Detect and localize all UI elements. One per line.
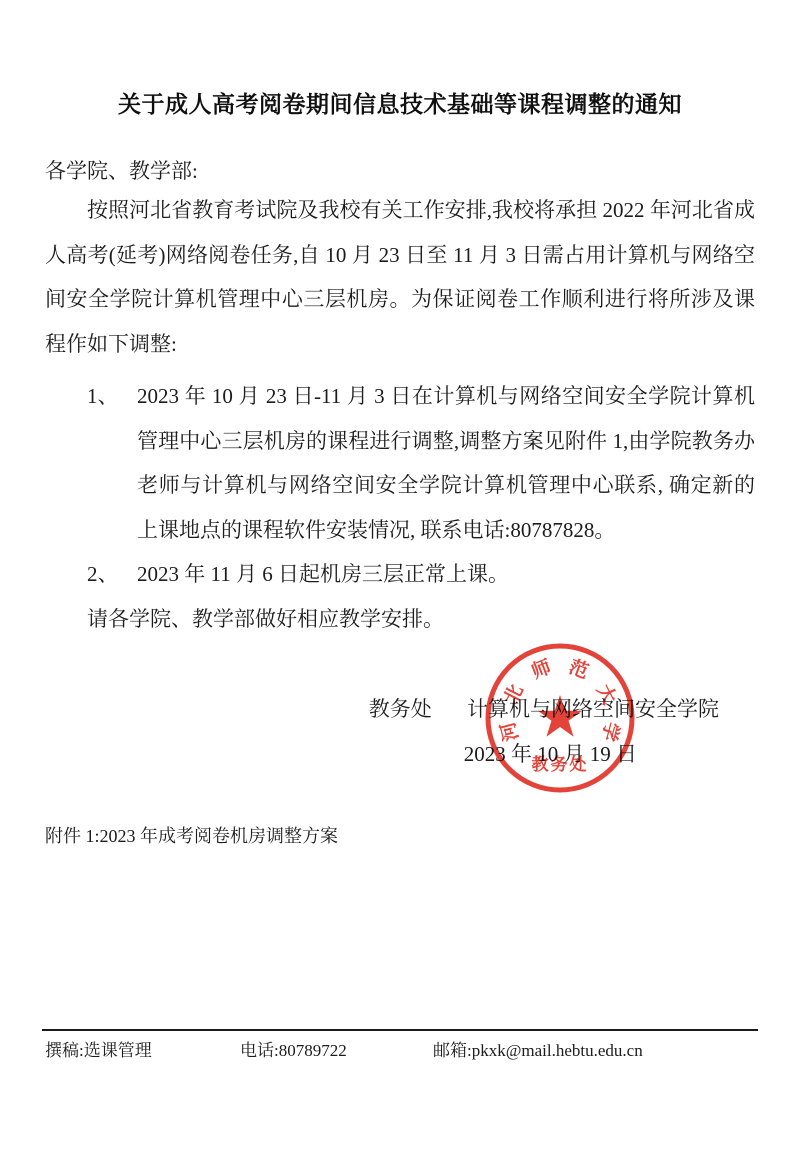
list-item: 1、 2023 年 10 月 23 日-11 月 3 日在计算机与网络空间安全学… — [45, 374, 755, 552]
notice-document-page: 关于成人高考阅卷期间信息技术基础等课程调整的通知 各学院、教学部: 按照河北省教… — [0, 0, 800, 1168]
footer-phone: 电话:80789722 — [240, 1038, 347, 1064]
footer-author: 撰稿:选课管理 — [45, 1038, 152, 1064]
list-item-text: 2023 年 10 月 23 日-11 月 3 日在计算机与网络空间安全学院计算… — [137, 374, 755, 552]
closing-line: 请各学院、教学部做好相应教学安排。 — [45, 597, 755, 642]
signature-org-jiaowuchu: 教务处 — [369, 697, 432, 721]
seal-ring-char: 师 — [528, 655, 554, 683]
body-paragraph: 按照河北省教育考试院及我校有关工作安排,我校将承担 2022 年河北省成人高考(… — [45, 188, 755, 366]
page-title: 关于成人高考阅卷期间信息技术基础等课程调整的通知 — [45, 0, 755, 122]
list-item-number: 1、 — [87, 374, 137, 552]
seal-ring-char: 范 — [566, 655, 592, 683]
footer-divider — [42, 1029, 758, 1031]
signature-orgs: 教务处 计算机与网络空间安全学院 — [45, 687, 755, 732]
footer-email: 邮箱:pkxk@mail.hebtu.edu.cn — [433, 1038, 643, 1064]
list-item-text: 2023 年 11 月 6 日起机房三层正常上课。 — [137, 552, 755, 597]
signature-date: 2023 年 10 月 19 日 — [45, 732, 755, 777]
signature-org-college: 计算机与网络空间安全学院 — [467, 697, 719, 721]
attachment-line: 附件 1:2023 年成考阅卷机房调整方案 — [45, 822, 755, 850]
list-item: 2、 2023 年 11 月 6 日起机房三层正常上课。 — [45, 552, 755, 597]
salutation-line: 各学院、教学部: — [45, 156, 755, 186]
list-item-number: 2、 — [87, 552, 137, 597]
numbered-list: 1、 2023 年 10 月 23 日-11 月 3 日在计算机与网络空间安全学… — [45, 374, 755, 597]
